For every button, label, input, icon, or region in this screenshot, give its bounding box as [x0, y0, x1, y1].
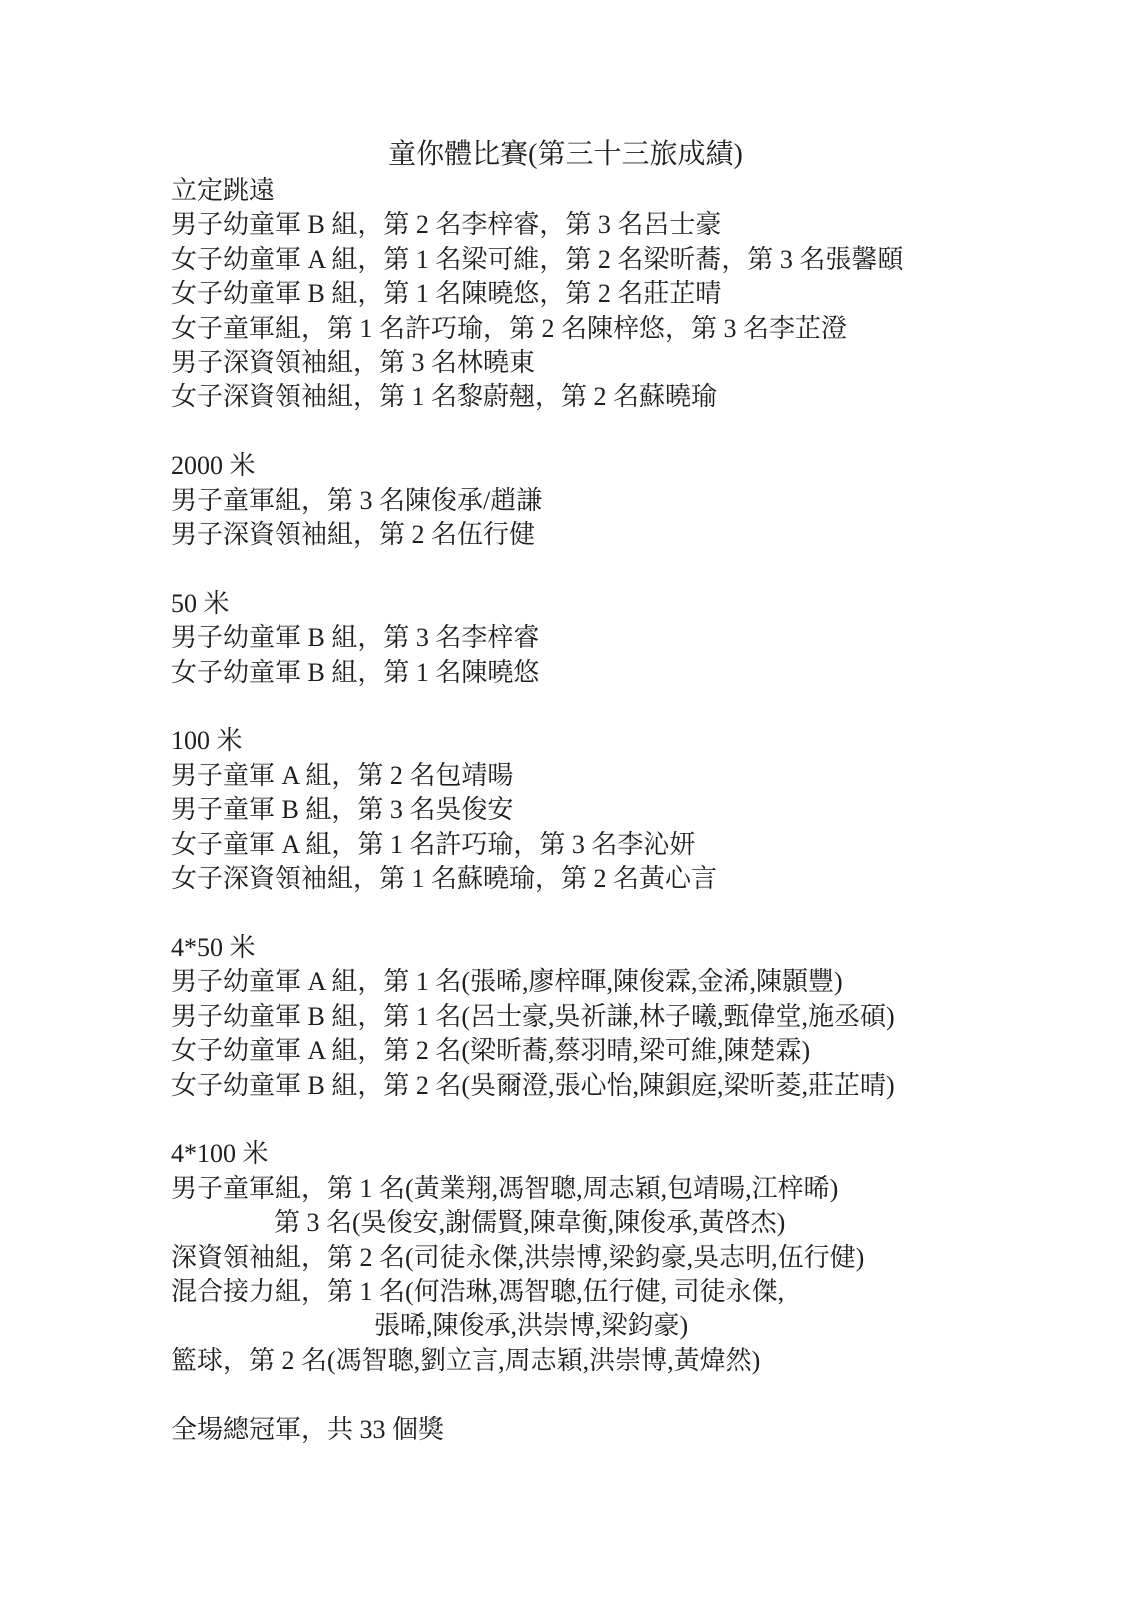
- result-line: 男子童軍 B 組，第 3 名吳俊安: [171, 793, 960, 827]
- result-line: 女子幼童軍 B 組，第 2 名(吳爾澄,張心怡,陳鋇庭,梁昕菱,莊芷晴): [171, 1069, 960, 1103]
- section: 100 米男子童軍 A 組，第 2 名包靖暘男子童軍 B 組，第 3 名吳俊安女…: [171, 724, 960, 896]
- result-line: 女子童軍 A 組，第 1 名許巧瑜，第 3 名李沁妍: [171, 828, 960, 862]
- sections-root: 立定跳遠男子幼童軍 B 組，第 2 名李梓睿，第 3 名呂士豪女子幼童軍 A 組…: [171, 174, 960, 1447]
- section-spacer: [171, 690, 960, 724]
- section-heading: 4*50 米: [171, 931, 960, 965]
- section-heading: 4*100 米: [171, 1137, 960, 1171]
- section-spacer: [171, 1103, 960, 1137]
- result-line: 第 3 名(吳俊安,謝儒賢,陳韋衡,陳俊承,黃啓杰): [171, 1206, 960, 1240]
- result-line: 混合接力組，第 1 名(何浩琳,馮智聰,伍行健, 司徒永傑,: [171, 1275, 960, 1309]
- result-line: 男子幼童軍 B 組，第 3 名李梓睿: [171, 621, 960, 655]
- section-spacer: [171, 1378, 960, 1412]
- section-heading: 100 米: [171, 724, 960, 758]
- section: 立定跳遠男子幼童軍 B 組，第 2 名李梓睿，第 3 名呂士豪女子幼童軍 A 組…: [171, 174, 960, 415]
- result-line: 女子深資領袖組，第 1 名蘇曉瑜，第 2 名黃心言: [171, 862, 960, 896]
- result-line: 男子深資領袖組，第 3 名林曉東: [171, 346, 960, 380]
- document-title: 童你體比賽(第三十三旅成績): [171, 138, 960, 172]
- result-line: 女子幼童軍 A 組，第 1 名梁可維，第 2 名梁昕蕎，第 3 名張馨頤: [171, 243, 960, 277]
- result-line: 男子深資領袖組，第 2 名伍行健: [171, 518, 960, 552]
- section: 50 米男子幼童軍 B 組，第 3 名李梓睿女子幼童軍 B 組，第 1 名陳曉悠: [171, 587, 960, 690]
- result-line: 女子幼童軍 A 組，第 2 名(梁昕蕎,蔡羽晴,梁可維,陳楚霖): [171, 1034, 960, 1068]
- section-heading: 2000 米: [171, 449, 960, 483]
- section-spacer: [171, 552, 960, 586]
- result-line: 男子童軍組，第 1 名(黃業翔,馮智聰,周志穎,包靖暘,江梓晞): [171, 1172, 960, 1206]
- section-heading: 50 米: [171, 587, 960, 621]
- result-line: 男子幼童軍 B 組，第 2 名李梓睿，第 3 名呂士豪: [171, 208, 960, 242]
- result-line: 女子深資領袖組，第 1 名黎蔚翹，第 2 名蘇曉瑜: [171, 380, 960, 414]
- result-line: 男子幼童軍 A 組，第 1 名(張晞,廖梓暉,陳俊霖,金浠,陳顥豐): [171, 965, 960, 999]
- result-line: 全場總冠軍，共 33 個獎: [171, 1413, 960, 1447]
- result-line: 女子幼童軍 B 組，第 1 名陳曉悠，第 2 名莊芷晴: [171, 277, 960, 311]
- section-spacer: [171, 896, 960, 930]
- result-line: 籃球，第 2 名(馮智聰,劉立言,周志穎,洪崇博,黃煒然): [171, 1344, 960, 1378]
- document-page: 童你體比賽(第三十三旅成績) 立定跳遠男子幼童軍 B 組，第 2 名李梓睿，第 …: [0, 0, 1131, 1600]
- section: 4*50 米男子幼童軍 A 組，第 1 名(張晞,廖梓暉,陳俊霖,金浠,陳顥豐)…: [171, 931, 960, 1103]
- result-line: 張晞,陳俊承,洪崇博,梁鈞豪): [171, 1309, 960, 1343]
- section-heading: 立定跳遠: [171, 174, 960, 208]
- document-content: 童你體比賽(第三十三旅成績) 立定跳遠男子幼童軍 B 組，第 2 名李梓睿，第 …: [171, 138, 960, 1447]
- result-line: 女子幼童軍 B 組，第 1 名陳曉悠: [171, 656, 960, 690]
- section: 2000 米男子童軍組，第 3 名陳俊承/趙謙男子深資領袖組，第 2 名伍行健: [171, 449, 960, 552]
- result-line: 女子童軍組，第 1 名許巧瑜，第 2 名陳梓悠，第 3 名李芷澄: [171, 312, 960, 346]
- section-spacer: [171, 415, 960, 449]
- section: 4*100 米男子童軍組，第 1 名(黃業翔,馮智聰,周志穎,包靖暘,江梓晞)第…: [171, 1137, 960, 1378]
- result-line: 深資領袖組，第 2 名(司徒永傑,洪崇博,梁鈞豪,吳志明,伍行健): [171, 1241, 960, 1275]
- result-line: 男子幼童軍 B 組，第 1 名(呂士豪,吳祈謙,林子曦,甄偉堂,施丞碩): [171, 1000, 960, 1034]
- result-line: 男子童軍 A 組，第 2 名包靖暘: [171, 759, 960, 793]
- section: 全場總冠軍，共 33 個獎: [171, 1413, 960, 1447]
- result-line: 男子童軍組，第 3 名陳俊承/趙謙: [171, 484, 960, 518]
